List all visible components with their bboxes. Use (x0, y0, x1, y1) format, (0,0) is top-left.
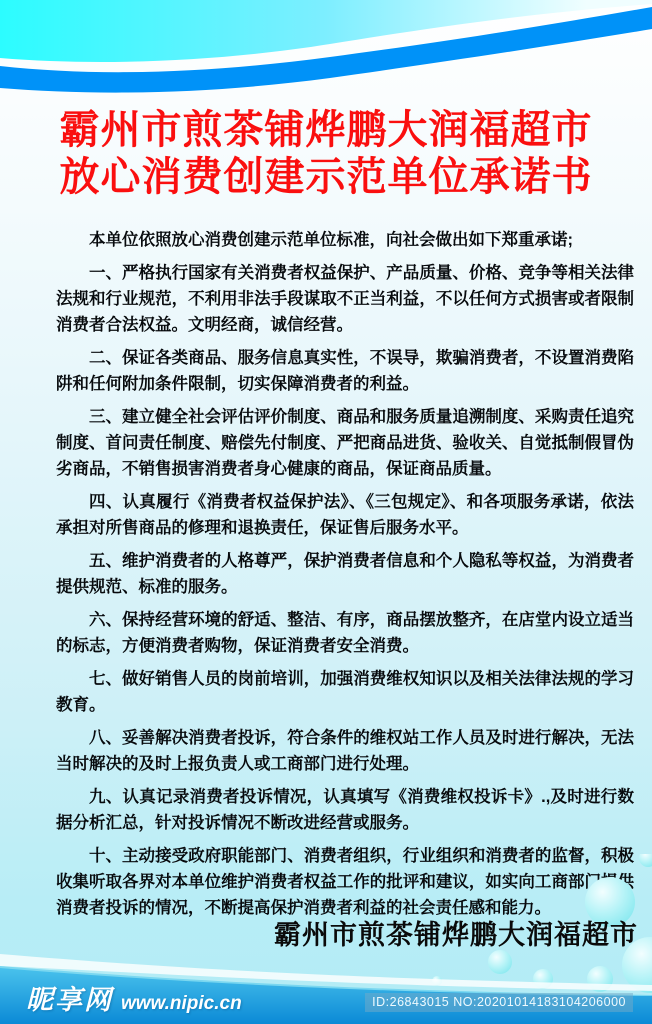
promise-item: 二、保证各类商品、服务信息真实性，不误导，欺骗消费者，不设置消费陷阱和任何附加条… (56, 345, 634, 397)
title-line-1: 霸州市煎茶铺烨鹏大润福超市 (0, 106, 652, 153)
image-id-label: ID:26843015 NO:20201014183104206000 (365, 993, 633, 1012)
page-title: 霸州市煎茶铺烨鹏大润福超市 放心消费创建示范单位承诺书 (0, 106, 652, 200)
title-line-2: 放心消费创建示范单位承诺书 (0, 153, 652, 200)
promise-item: 一、严格执行国家有关消费者权益保护、产品质量、价格、竞争等相关法律法规和行业规范… (56, 260, 634, 338)
header-wave-decoration (0, 0, 652, 100)
promise-item: 九、认真记录消费者投诉情况，认真填写《消费维权投诉卡》.,及时进行数据分析汇总，… (56, 784, 634, 836)
watermark-logo: 昵享网www.nipic.cn (26, 978, 242, 1017)
intro-paragraph: 本单位依照放心消费创建示范单位标准，向社会做出如下郑重承诺; (56, 227, 634, 253)
promise-item: 八、妥善解决消费者投诉，符合条件的维权站工作人员及时进行解决，无法当时解决的及时… (56, 725, 634, 777)
signature-company-name: 霸州市煎茶铺烨鹏大润福超市 (0, 913, 652, 952)
promise-item: 三、建立健全社会评估评价制度、商品和服务质量追溯制度、采购责任追究制度、首问责任… (56, 404, 634, 482)
watermark-site-url: www.nipic.cn (121, 993, 242, 1014)
promise-item: 七、做好销售人员的岗前培训，加强消费维权知识以及相关法律法规的学习教育。 (56, 666, 634, 718)
commitment-body: 本单位依照放心消费创建示范单位标准，向社会做出如下郑重承诺; 一、严格执行国家有… (56, 227, 634, 928)
promise-item: 五、维护消费者的人格尊严，保护消费者信息和个人隐私等权益，为消费者提供规范、标准… (56, 548, 634, 600)
bubble (488, 950, 512, 974)
poster-page: 霸州市煎茶铺烨鹏大润福超市 放心消费创建示范单位承诺书 本单位依照放心消费创建示… (0, 0, 652, 1024)
promise-item: 四、认真履行《消费者权益保护法》、《三包规定》、和各项服务承诺，依法承担对所售商… (56, 489, 634, 541)
watermark-site-name: 昵享网 (26, 985, 113, 1015)
promise-item: 六、保持经营环境的舒适、整洁、有序，商品摆放整齐，在店堂内设立适当的标志，方便消… (56, 607, 634, 659)
bubble (639, 854, 652, 867)
